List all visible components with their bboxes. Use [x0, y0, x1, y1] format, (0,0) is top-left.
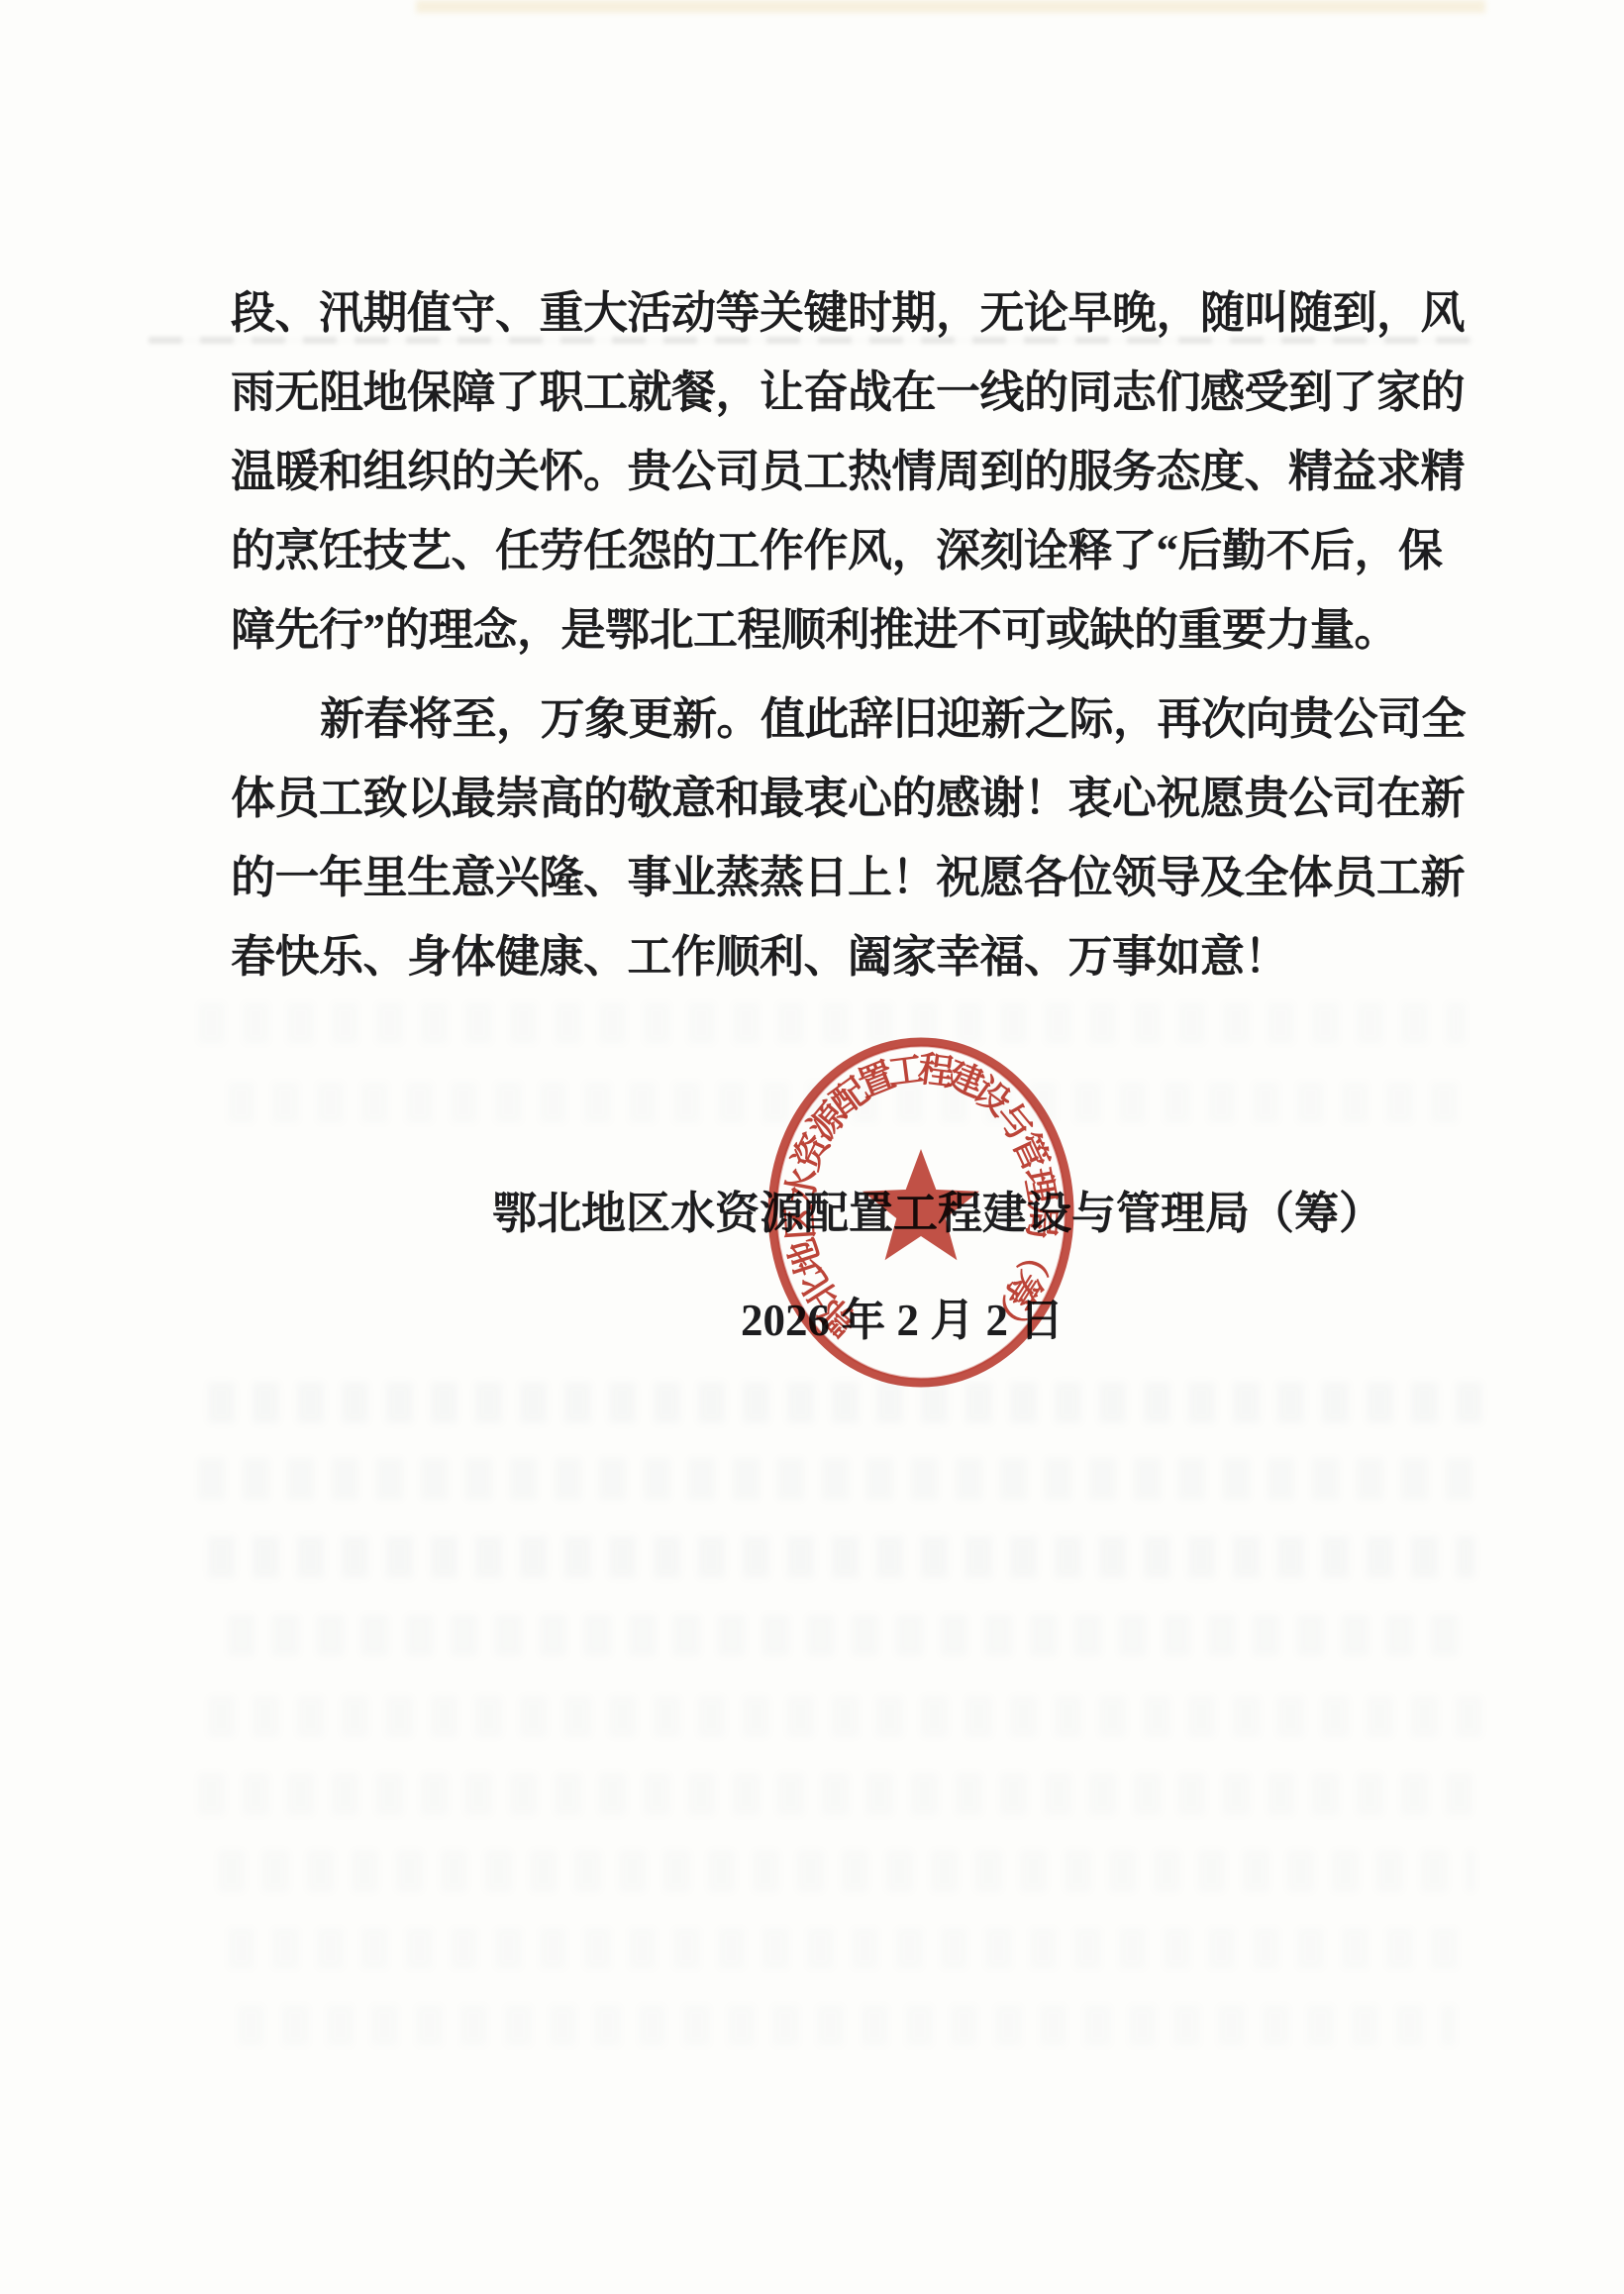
bleedthrough-smudge: [208, 1696, 1485, 1737]
paragraph: 新春将至，万象更新。值此辞旧迎新之际，再次向贵公司全 体员工致以最崇高的敬意和最…: [231, 679, 1469, 996]
body-line: 雨无阻地保障了职工就餐，让奋战在一线的同志们感受到了家的: [231, 353, 1469, 432]
seal-star-icon: [863, 1149, 979, 1260]
bleedthrough-smudge: [218, 1850, 1475, 1892]
bleedthrough-smudge: [208, 1536, 1475, 1578]
body-line: 的一年里生意兴隆、事业蒸蒸日上！祝愿各位领导及全体员工新: [231, 838, 1469, 917]
seal-ring-char: 区: [779, 1202, 821, 1241]
body-line: 新春将至，万象更新。值此辞旧迎新之际，再次向贵公司全: [231, 679, 1469, 759]
body-line: 的烹饪技艺、任劳任怨的工作作风，深刻诠释了“后勤不后，保: [231, 511, 1469, 590]
bleedthrough-smudge: [238, 2005, 1456, 2046]
body-line: 温暖和组织的关怀。贵公司员工热情周到的服务态度、精益求精: [231, 432, 1469, 511]
paragraph: 段、汛期值守、重大活动等关键时期，无论早晚，随叫随到，风 雨无阻地保障了职工就餐…: [231, 273, 1469, 670]
body-line: 段、汛期值守、重大活动等关键时期，无论早晚，随叫随到，风: [231, 273, 1469, 353]
bleedthrough-smudge: [228, 1615, 1466, 1656]
seal-ring-char: 理: [1017, 1165, 1063, 1207]
bleedthrough-smudge: [228, 1928, 1466, 1969]
body-line: 障先行”的理念，是鄂北工程顺利推进不可或缺的重要力量。: [231, 590, 1469, 670]
body-line: 体员工致以最崇高的敬意和最衷心的感谢！衷心祝愿贵公司在新: [231, 759, 1469, 838]
scanned-letter-page: 段、汛期值守、重大活动等关键时期，无论早晚，随叫随到，风 雨无阻地保障了职工就餐…: [0, 0, 1624, 2294]
bleedthrough-smudge: [198, 1458, 1485, 1500]
official-seal: 鄂北地区水资源配置工程建设与管理局（筹）: [753, 1026, 1089, 1403]
body-line: 春快乐、身体健康、工作顺利、阖家幸福、万事如意！: [231, 917, 1469, 996]
bleedthrough-smudge: [198, 1773, 1485, 1815]
scan-artifact-band: [416, 0, 1485, 13]
letter-body: 段、汛期值守、重大活动等关键时期，无论早晚，随叫随到，风 雨无阻地保障了职工就餐…: [231, 273, 1469, 996]
